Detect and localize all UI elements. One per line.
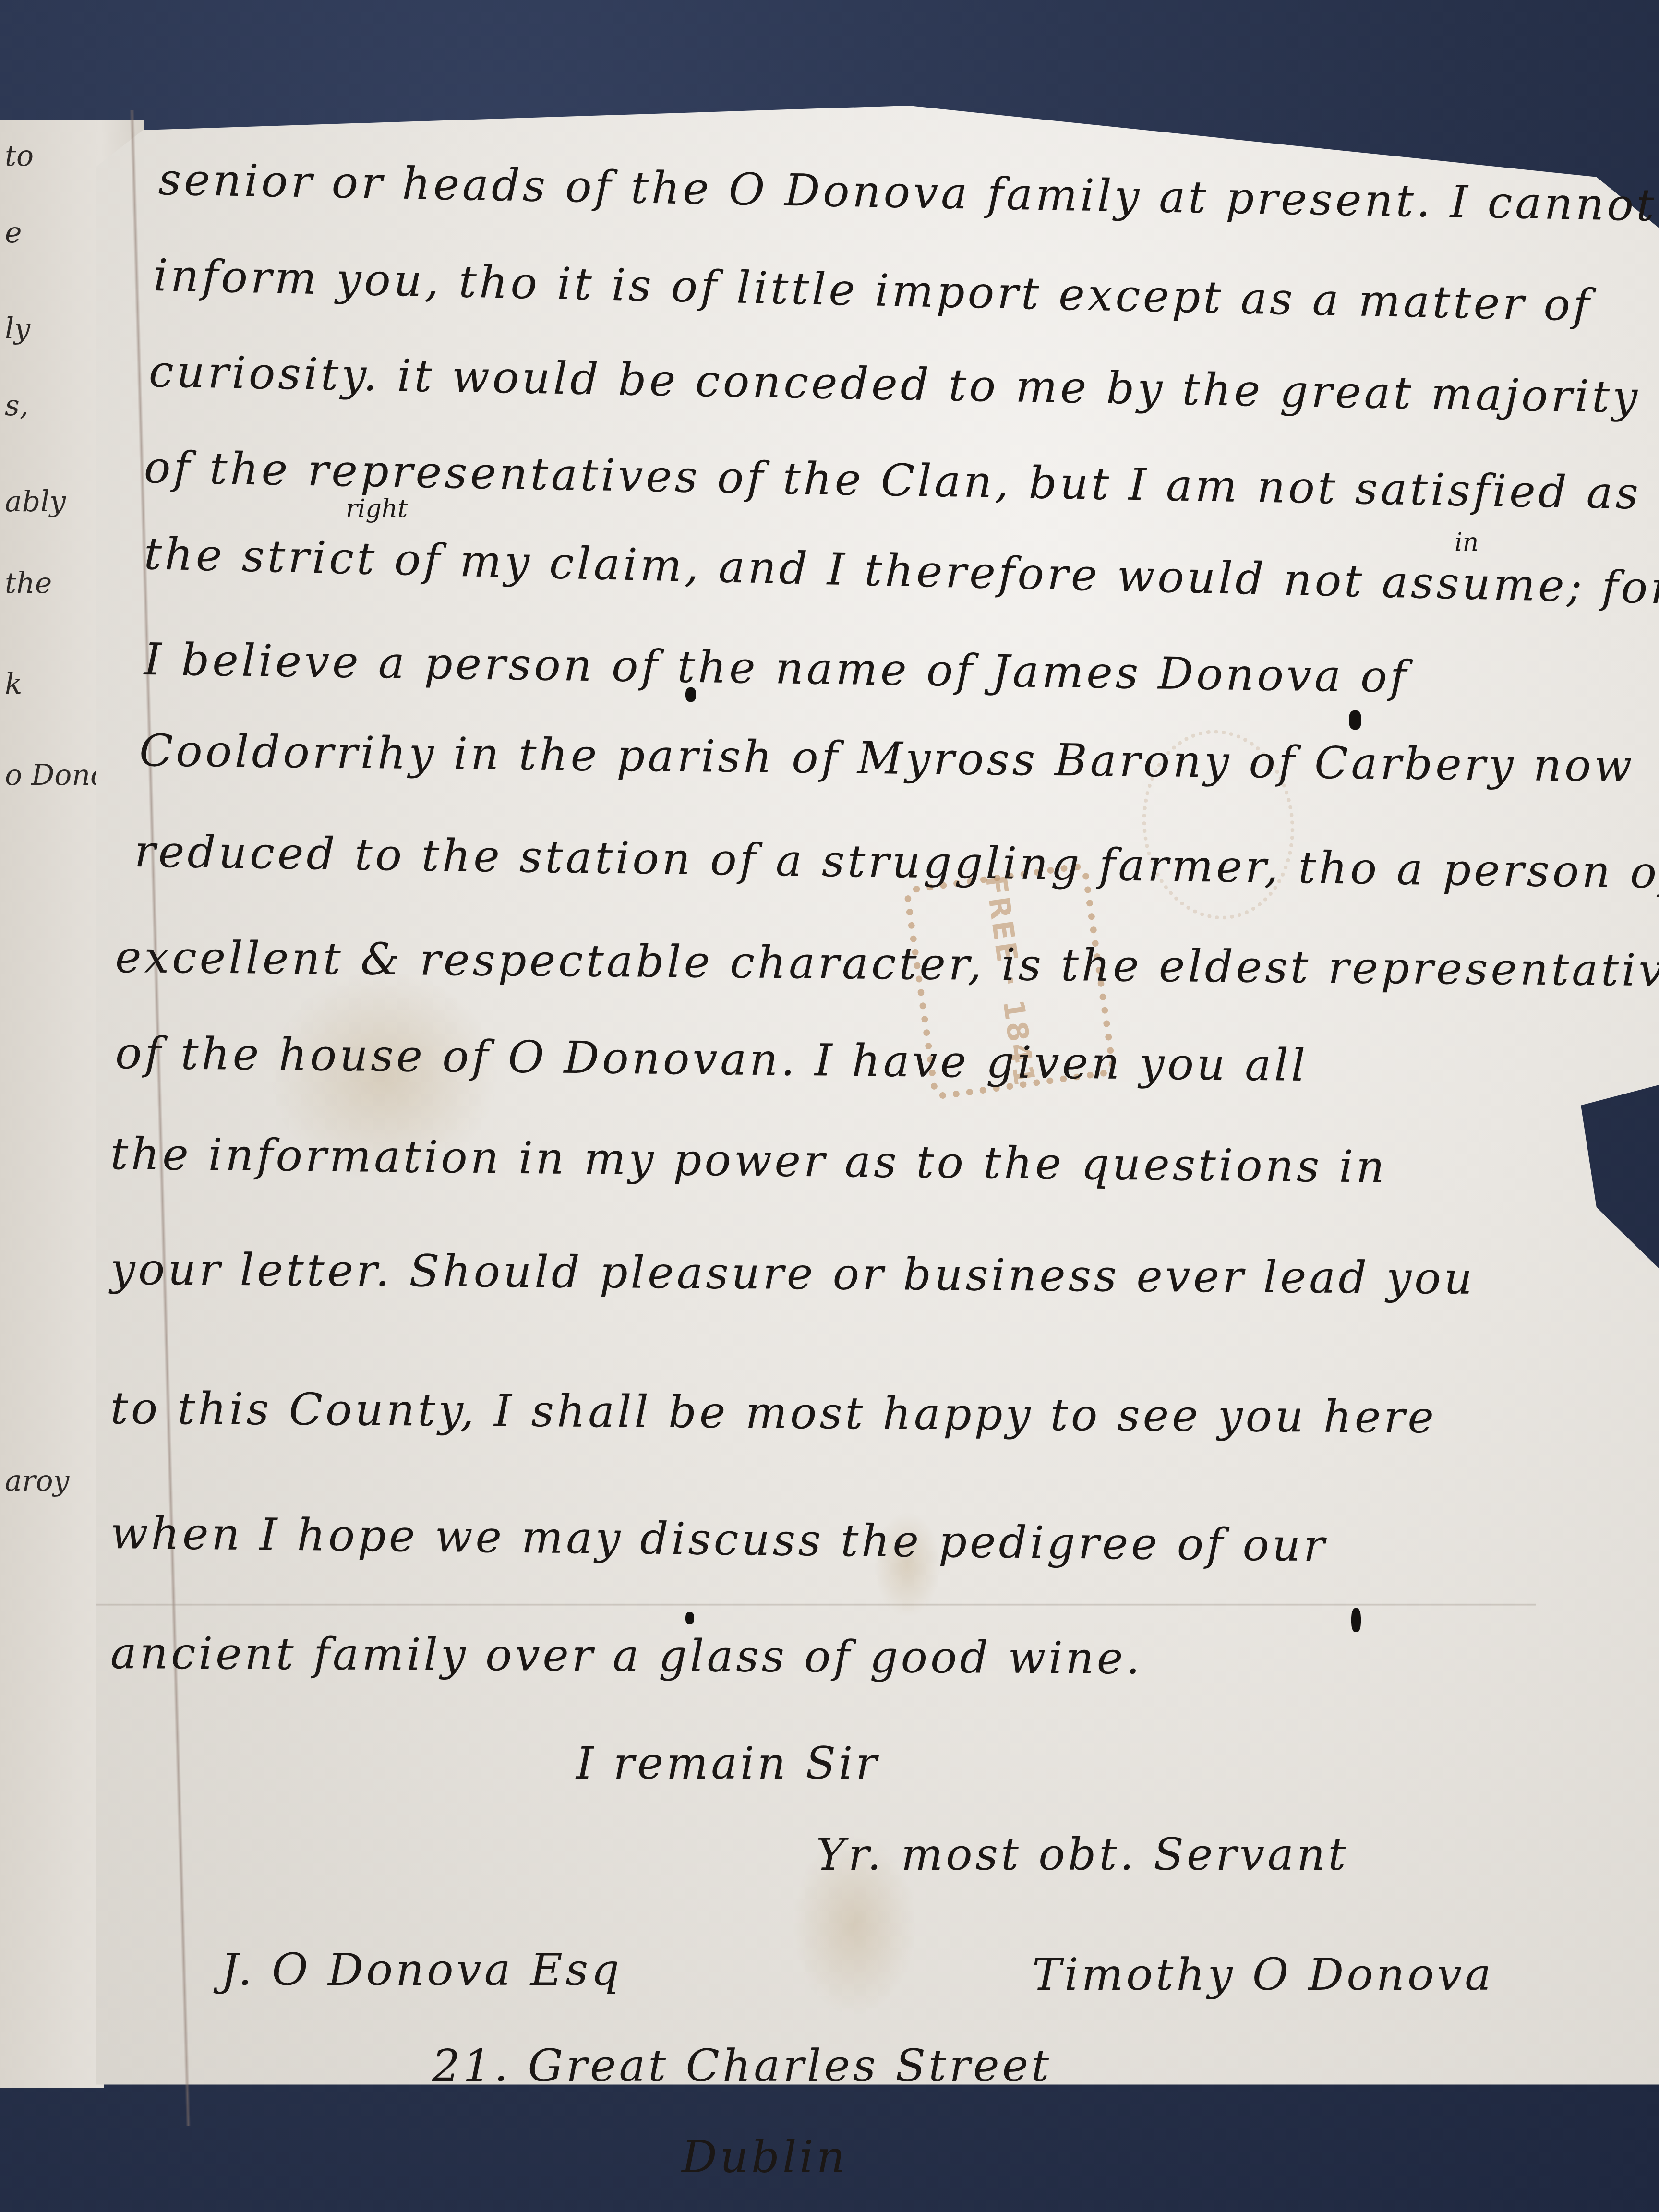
left-fragment: e bbox=[5, 216, 22, 250]
addressee-street: 21. Great Charles Street bbox=[432, 2040, 1052, 2092]
closing-line: I remain Sir bbox=[576, 1738, 879, 1789]
left-fragment: ably bbox=[5, 485, 66, 518]
ink-blot bbox=[1351, 1608, 1361, 1632]
insertion-in: in bbox=[1455, 528, 1479, 557]
addressee-name: J. O Donova Esq bbox=[221, 1944, 622, 1996]
ink-blot bbox=[685, 1612, 694, 1624]
letter-line: your letter. Should pleasure or business… bbox=[110, 1243, 1476, 1304]
addressee-city: Dublin bbox=[682, 2131, 848, 2183]
ink-blot bbox=[1349, 710, 1361, 730]
horizontal-fold-crease bbox=[96, 1603, 1536, 1606]
left-fragment: aroy bbox=[5, 1464, 69, 1498]
signature: Timothy O Donova bbox=[1032, 1949, 1494, 2000]
left-fragment: k bbox=[5, 667, 22, 701]
left-fragment: to bbox=[5, 139, 34, 173]
left-fragment: s, bbox=[5, 389, 29, 422]
left-fragment: ly bbox=[5, 312, 30, 346]
insertion-right: right bbox=[346, 494, 408, 523]
left-fragment: the bbox=[5, 566, 52, 600]
letter-line: ancient family over a glass of good wine… bbox=[110, 1627, 1143, 1684]
closing-line: Yr. most obt. Servant bbox=[816, 1829, 1348, 1880]
letter-line: to this County, I shall be most happy to… bbox=[110, 1382, 1437, 1443]
